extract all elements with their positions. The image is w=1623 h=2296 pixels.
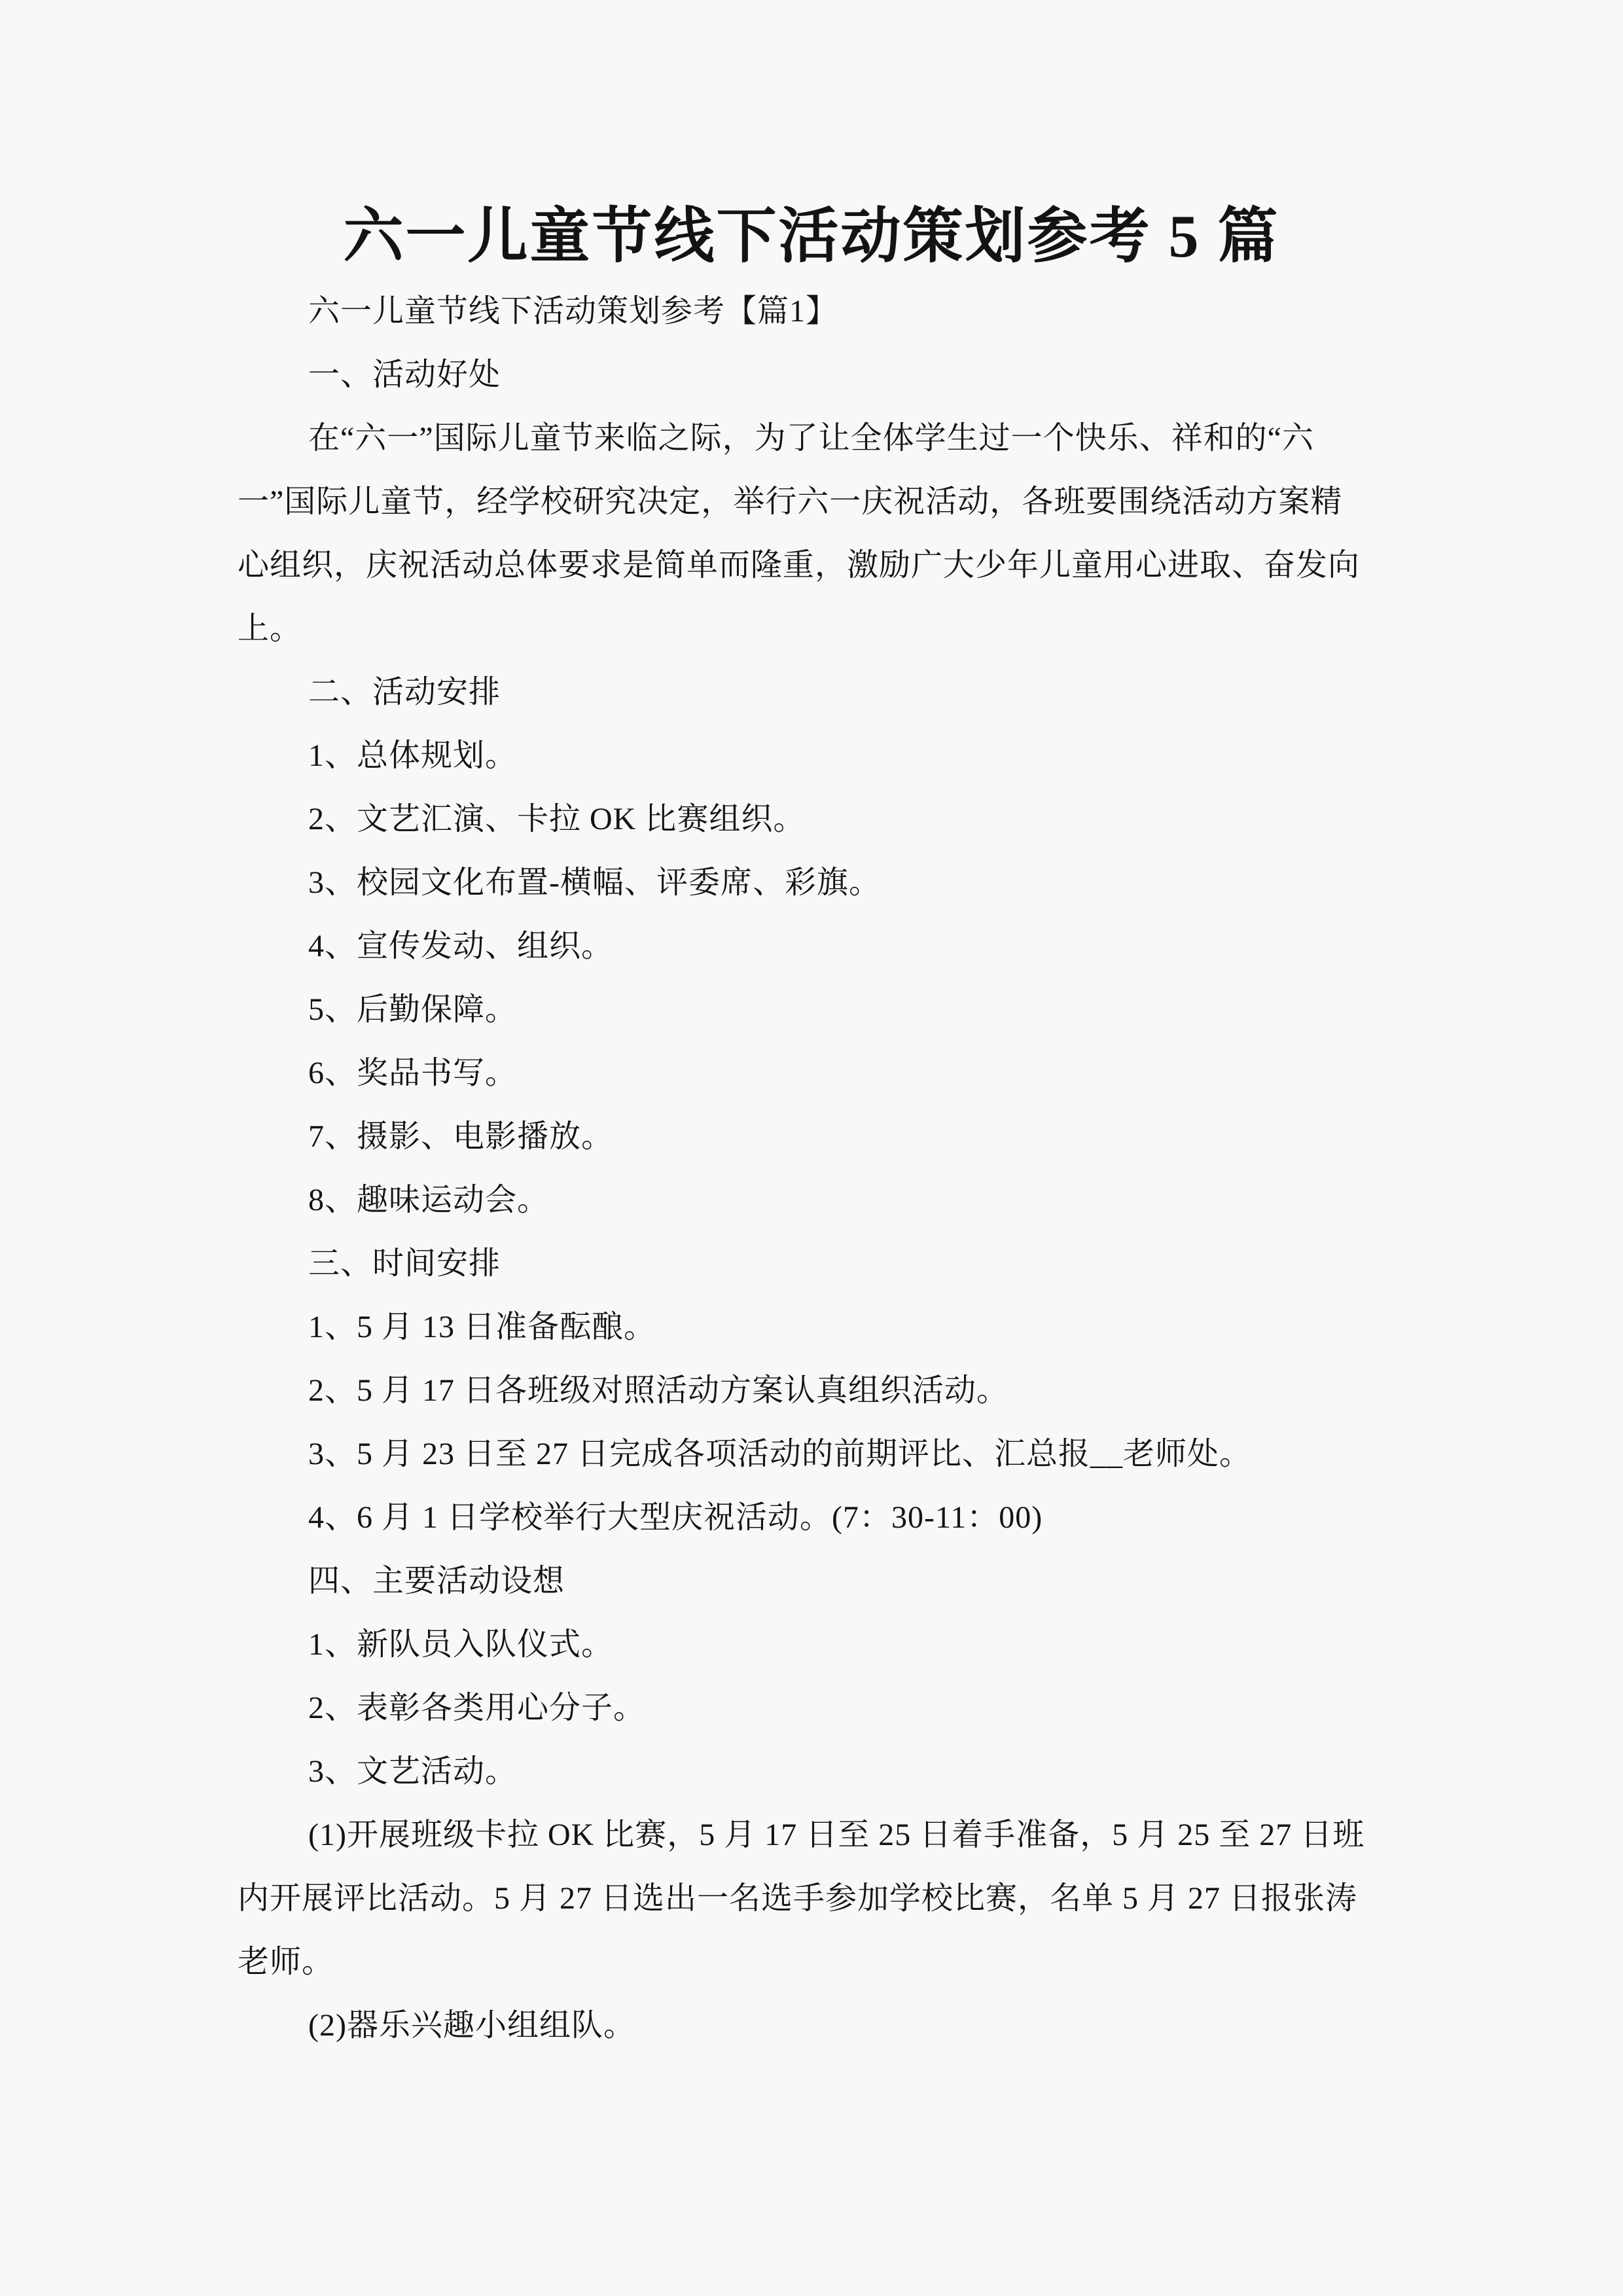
section-heading: 三、时间安排 [238,1232,1353,1295]
list-item: 8、趣味运动会。 [238,1168,1353,1232]
paragraph-line: 在“六一”国际儿童节来临之际，为了让全体学生过一个快乐、祥和的“六 [238,406,1353,470]
list-item: 7、摄影、电影播放。 [238,1105,1353,1168]
paragraph-line: 内开展评比活动。5 月 27 日选出一名选手参加学校比赛，名单 5 月 27 日… [238,1867,1353,1930]
list-item: 2、5 月 17 日各班级对照活动方案认真组织活动。 [238,1359,1353,1422]
document-page: 六一儿童节线下活动策划参考 5 篇 六一儿童节线下活动策划参考【篇1】 一、活动… [0,0,1623,2296]
section-heading: 二、活动安排 [238,660,1353,724]
paragraph-line: 心组织，庆祝活动总体要求是简单而隆重，激励广大少年儿童用心进取、奋发向 [238,533,1353,597]
section-heading: 一、活动好处 [238,343,1353,406]
document-title: 六一儿童节线下活动策划参考 5 篇 [0,200,1623,272]
list-item: 3、5 月 23 日至 27 日完成各项活动的前期评比、汇总报__老师处。 [238,1422,1353,1486]
paragraph-line: 上。 [238,597,1353,660]
list-item: 4、宣传发动、组织。 [238,914,1353,978]
document-body: 六一儿童节线下活动策划参考【篇1】 一、活动好处 在“六一”国际儿童节来临之际，… [238,279,1353,2057]
list-item: 2、表彰各类用心分子。 [238,1676,1353,1740]
paragraph-line: 老师。 [238,1930,1353,1994]
paragraph-line: (1)开展班级卡拉 OK 比赛，5 月 17 日至 25 日着手准备，5 月 2… [238,1803,1353,1867]
list-item: 6、奖品书写。 [238,1041,1353,1105]
list-item: 1、新队员入队仪式。 [238,1613,1353,1676]
list-item: 1、5 月 13 日准备酝酿。 [238,1295,1353,1359]
list-item: 1、总体规划。 [238,724,1353,787]
list-item: 4、6 月 1 日学校举行大型庆祝活动。(7：30-11：00) [238,1486,1353,1549]
list-item: 2、文艺汇演、卡拉 OK 比赛组织。 [238,787,1353,851]
list-item: 3、校园文化布置-横幅、评委席、彩旗。 [238,851,1353,914]
list-item: 5、后勤保障。 [238,978,1353,1041]
list-item: (2)器乐兴趣小组组队。 [238,1994,1353,2057]
section-heading: 四、主要活动设想 [238,1549,1353,1613]
subtitle-line: 六一儿童节线下活动策划参考【篇1】 [238,279,1353,343]
list-item: 3、文艺活动。 [238,1740,1353,1803]
paragraph-line: 一”国际儿童节，经学校研究决定，举行六一庆祝活动，各班要围绕活动方案精 [238,470,1353,533]
